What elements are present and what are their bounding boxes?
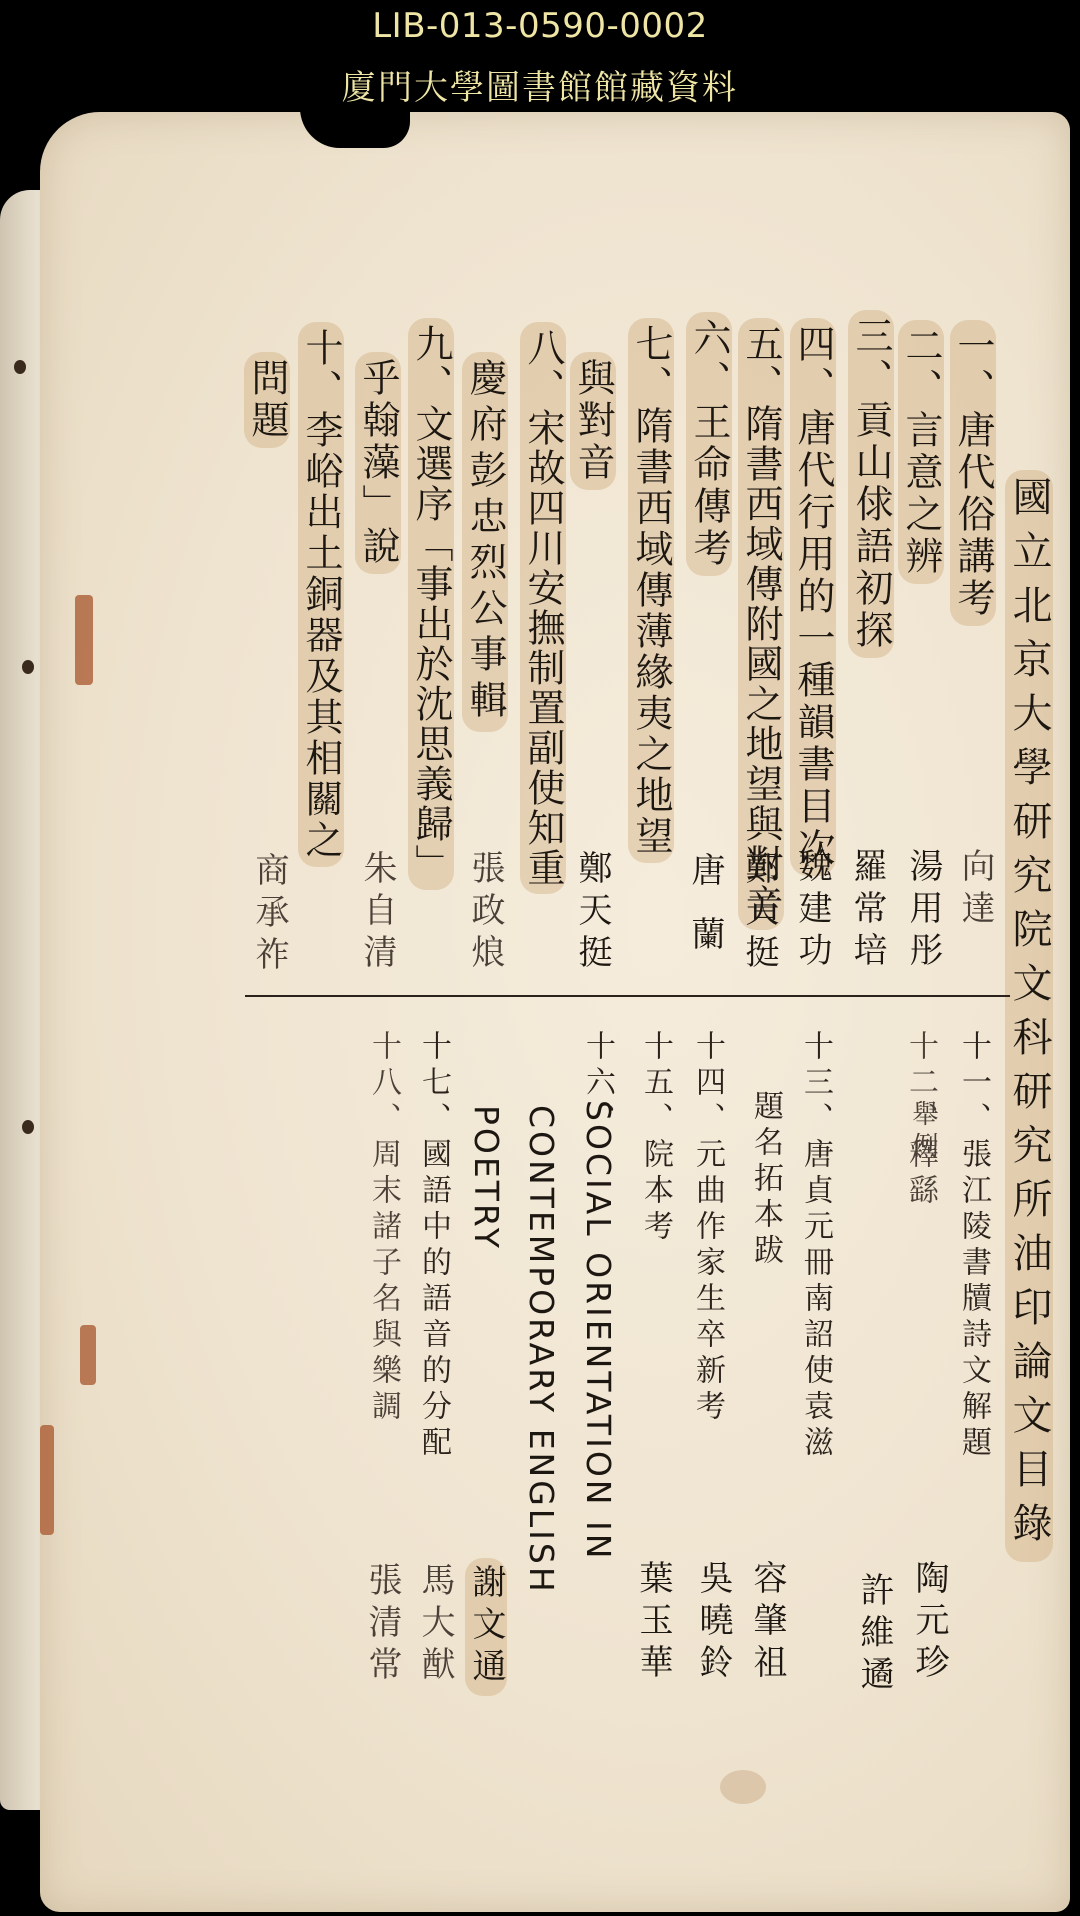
entry-17-author: 馬大猷 xyxy=(418,1562,452,1688)
entry-11-title: 十一、張江陵書牘詩文解題 xyxy=(958,1030,988,1462)
paper-stain xyxy=(720,1770,766,1804)
library-caption: 廈門大學圖書館館藏資料 xyxy=(0,60,1080,109)
entry-12-author: 許維遹 xyxy=(857,1572,891,1698)
entry-7-author: 鄭天挺 xyxy=(575,850,609,976)
entry-11-author: 陶元珍 xyxy=(912,1560,946,1686)
entry-5-title: 五、隋書西域傳附國之地望與對音 xyxy=(738,318,784,930)
entry-13-title: 十三、唐貞元冊南詔使袁滋 xyxy=(800,1030,830,1462)
entry-16-title-cont: CONTEMPORARY ENGLISH xyxy=(525,1105,558,1595)
document-title: 國立北京大學研究院文科研究所油印論文目錄 xyxy=(1005,470,1053,1562)
entry-6-author: 唐蘭 xyxy=(688,852,722,980)
entry-4-author: 魏建功 xyxy=(795,848,829,974)
entry-8-title: 八、宋故四川安撫制置副使知重 xyxy=(520,322,566,894)
entry-4-title: 四、唐代行用的一種韻書目次 xyxy=(790,318,836,876)
entry-14-author: 吳曉鈴 xyxy=(696,1560,730,1686)
entry-10-title: 十、李峪出土銅器及其相關之 xyxy=(298,322,344,867)
rust-stain xyxy=(80,1325,96,1385)
entry-13-title-cont: 題名拓本跋 xyxy=(750,1090,780,1270)
archive-header: LIB-013-0590-0002 廈門大學圖書館館藏資料 xyxy=(0,0,1080,115)
entry-8-author: 張政烺 xyxy=(468,850,502,976)
entry-18-title: 十八、周末諸子名與樂調 xyxy=(368,1030,398,1426)
entry-12-note: 舉例 xyxy=(910,1100,936,1164)
entry-15-author: 葉玉華 xyxy=(636,1560,670,1686)
entry-14-title: 十四、元曲作家生卒新考 xyxy=(692,1030,722,1426)
entry-1-title: 一、唐代俗講考 xyxy=(950,320,996,626)
entry-2-title: 二、言意之辨 xyxy=(898,320,944,584)
entry-7-title: 七、隋書西域傳薄緣夷之地望 xyxy=(628,318,674,863)
entry-9-title-cont: 乎翰藻」說 xyxy=(355,352,401,574)
entry-1-author: 向達 xyxy=(958,848,992,932)
entry-9-title: 九、文選序「事出於沈思義歸」 xyxy=(408,318,454,890)
entry-16-title-cont-2: POETRY xyxy=(470,1105,503,1251)
rust-stain xyxy=(40,1425,54,1535)
entry-15-title: 十五、院本考 xyxy=(640,1030,670,1246)
entry-8-title-cont: 慶府彭忠烈公事輯 xyxy=(462,352,508,732)
section-divider xyxy=(245,995,1010,997)
entry-17-title: 十七、國語中的語音的分配 xyxy=(418,1030,448,1462)
entry-3-title: 三、貢山俅語初探 xyxy=(848,310,894,658)
entry-6-title: 六、王命傳考 xyxy=(686,312,732,576)
entry-3-author: 羅常培 xyxy=(850,848,884,974)
entry-16-title: SOCIAL ORIENTATION IN xyxy=(582,1100,615,1561)
entry-13-author: 容肇祖 xyxy=(750,1560,784,1686)
rust-stain xyxy=(75,595,93,685)
entry-10-title-cont: 問題 xyxy=(244,352,290,448)
entry-7-title-cont: 與對音 xyxy=(570,352,616,490)
entry-9-author: 朱自清 xyxy=(360,850,394,976)
entry-2-author: 湯用彤 xyxy=(906,848,940,974)
document-code: LIB-013-0590-0002 xyxy=(0,6,1080,46)
entry-16-author: 謝文通 xyxy=(465,1558,507,1696)
entry-18-author: 張清常 xyxy=(365,1562,399,1688)
entry-10-author: 商承祚 xyxy=(252,852,286,978)
entry-5-author: 鄭天挺 xyxy=(742,850,776,976)
